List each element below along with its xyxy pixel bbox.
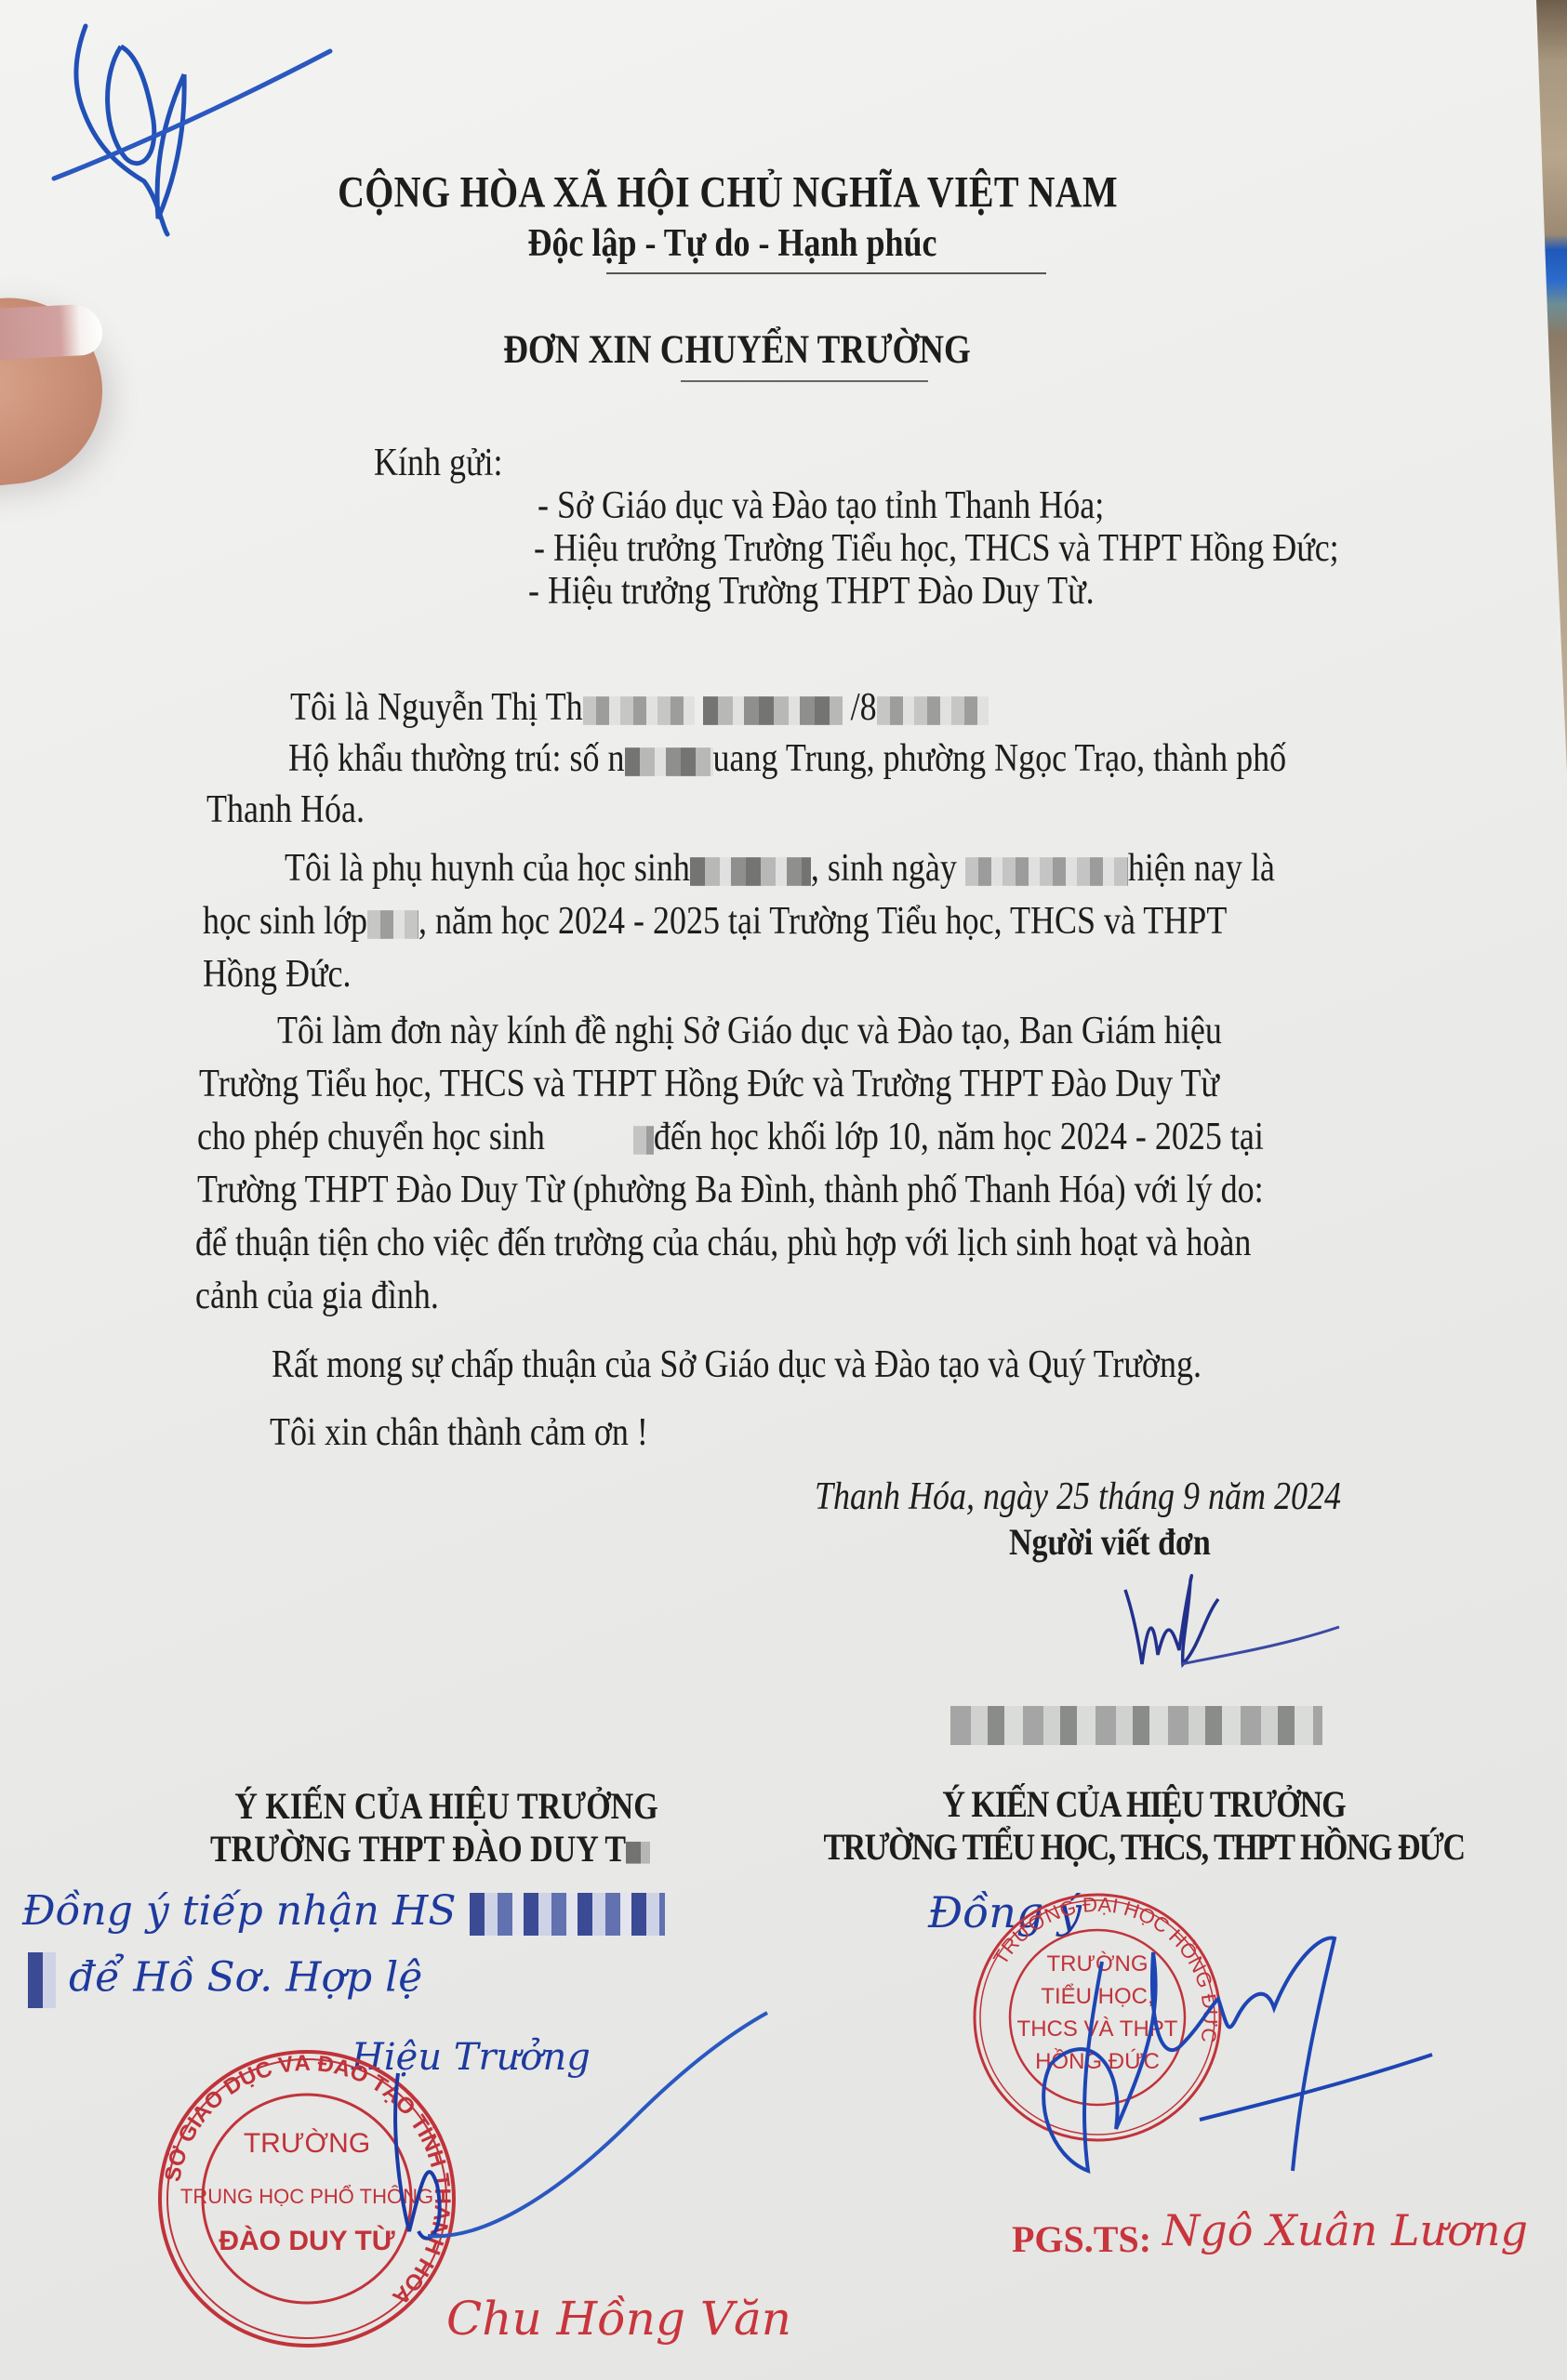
closing-line-1: Rất mong sự chấp thuận của Sở Giáo dục v… [272, 1341, 1202, 1387]
recipient-item: - Hiệu trưởng Trường Tiểu học, THCS và T… [534, 524, 1339, 571]
request-line-4: Trường THPT Đào Duy Từ (phường Ba Đình, … [197, 1166, 1264, 1212]
redacted-text [633, 1126, 654, 1155]
redacted-text [626, 1842, 650, 1864]
residence-line: Hộ khẩu thường trú: số nuang Trung, phườ… [288, 734, 1286, 781]
left-handwritten-line-2: để Hồ Sơ. Hợp lệ [28, 1952, 422, 2008]
text-segment: hiện nay là [1128, 845, 1275, 889]
redacted-text [367, 910, 418, 939]
right-opinion-school: TRƯỜNG TIỂU HỌC, THCS, THPT HỒNG ĐỨC [800, 1828, 1488, 1870]
request-line-2: Trường Tiểu học, THCS và THPT Hồng Đức v… [199, 1060, 1219, 1106]
residence-line-2: Thanh Hóa. [206, 786, 365, 832]
left-principal-name: Chu Hồng Văn [446, 2292, 791, 2346]
request-line-1: Tôi làm đơn này kính đề nghị Sở Giáo dục… [277, 1007, 1222, 1053]
left-handwritten-line-1: Đồng ý tiếp nhận HS [22, 1887, 665, 1936]
applicant-name-prefix: Tôi là Nguyễn Thị Th [290, 684, 583, 728]
residence-prefix: Hộ khẩu thường trú: số n [288, 735, 625, 779]
residence-rest: uang Trung, phường Ngọc Trạo, thành phố [713, 735, 1287, 779]
text-segment: TRƯỜNG THPT ĐÀO DUY T [210, 1830, 626, 1871]
text-segment: Tôi là phụ huynh của học sinh [285, 845, 690, 889]
redacted-text [583, 696, 695, 725]
redacted-text [470, 1893, 665, 1936]
recipient-item: - Hiệu trưởng Trường THPT Đào Duy Từ. [528, 567, 1095, 614]
stamp-line: TRƯỜNG [244, 2128, 370, 2159]
place-date: Thanh Hóa, ngày 25 tháng 9 năm 2024 [815, 1473, 1341, 1519]
left-opinion-school: TRƯỜNG THPT ĐÀO DUY T [210, 1830, 650, 1871]
student-line-3: Hồng Đức. [203, 950, 352, 997]
redacted-text [703, 696, 843, 725]
right-principal-title: PGS.TS: [1012, 2217, 1151, 2261]
recipients-label: Kính gửi: [374, 439, 503, 485]
applicant-signature [1116, 1562, 1348, 1673]
national-motto: Độc lập - Tự do - Hạnh phúc [0, 219, 1516, 266]
document-page: CỘNG HÒA XÃ HỘI CHỦ NGHĨA VIỆT NAM Độc l… [0, 0, 1567, 2380]
title-underline [681, 380, 928, 382]
right-principal-signature [1014, 1915, 1441, 2185]
text-segment: Đồng ý tiếp nhận HS [22, 1887, 457, 1935]
request-line-3: cho phép chuyển học sinhđến học khối lớp… [197, 1113, 1264, 1159]
student-line-2: học sinh lớp, năm học 2024 - 2025 tại Tr… [203, 897, 1227, 944]
left-opinion-heading: Ý KIẾN CỦA HIỆU TRƯỞNG [167, 1787, 725, 1829]
redacted-text [625, 747, 713, 776]
signer-label: Người viết đơn [1009, 1523, 1211, 1565]
text-segment: đến học khối lớp 10, năm học 2024 - 2025… [654, 1114, 1264, 1157]
text-segment: , sinh ngày [811, 845, 957, 889]
text-segment: cho phép chuyển học sinh [197, 1114, 545, 1157]
national-title: CỘNG HÒA XÃ HỘI CHỦ NGHĨA VIỆT NAM [0, 166, 1511, 218]
recipient-item: - Sở Giáo dục và Đào tạo tỉnh Thanh Hóa; [538, 482, 1104, 528]
redacted-text [28, 1952, 56, 2008]
right-opinion-heading: Ý KIẾN CỦA HIỆU TRƯỞNG [809, 1785, 1479, 1827]
student-line-1: Tôi là phụ huynh của học sinh, sinh ngày… [285, 844, 1275, 891]
redacted-applicant-name [950, 1706, 1322, 1745]
closing-line-2: Tôi xin chân thành cảm ơn ! [270, 1408, 648, 1455]
request-line-6: cảnh của gia đình. [195, 1272, 439, 1318]
right-principal-name: Ngô Xuân Lương [1162, 2205, 1528, 2255]
document-title: ĐƠN XIN CHUYỂN TRƯỜNG [0, 326, 1521, 374]
redacted-text [965, 857, 1128, 886]
text-segment: để Hồ Sơ. Hợp lệ [69, 1954, 422, 2002]
request-line-5: để thuận tiện cho việc đến trường của ch… [195, 1219, 1251, 1265]
left-principal-signature [372, 2008, 772, 2259]
applicant-line: Tôi là Nguyễn Thị Th /8 [290, 683, 989, 730]
redacted-text [877, 696, 989, 725]
stamp-line: ĐÀO DUY TỪ [219, 2225, 394, 2256]
text-segment: , năm học 2024 - 2025 tại Trường Tiểu họ… [418, 898, 1227, 942]
text-segment: học sinh lớp [203, 898, 367, 942]
applicant-id-partial: /8 [851, 684, 877, 728]
redacted-text [690, 857, 811, 886]
motto-underline [606, 272, 1046, 274]
